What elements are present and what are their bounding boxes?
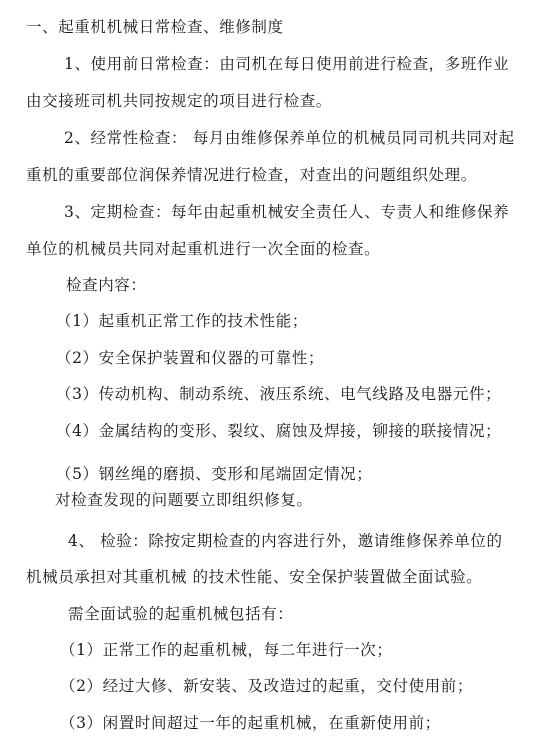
inspection-note: 对检查发现的问题要立即组织修复。: [55, 490, 313, 510]
full-test-item: （2）经过大修、新安装、及改造过的起重，交付使用前；: [60, 676, 473, 696]
section-1-line-2: 由交接班司机共同按规定的项目进行检查。: [26, 91, 332, 111]
inspection-item: （1）起重机正常工作的技术性能；: [56, 311, 308, 331]
inspection-item: （2）安全保护装置和仪器的可靠性；: [56, 348, 324, 368]
section-1-line-1: 1、使用前日常检查：由司机在每日使用前进行检查，多班作业: [64, 54, 509, 74]
full-test-item: （1）正常工作的起重机械，每二年进行一次；: [60, 640, 392, 660]
full-test-item: （3）闲置时间超过一年的起重机械，在重新使用前；: [60, 713, 441, 733]
inspection-item: （3）传动机构、制动系统、液压系统、电气线路及电器元件；: [56, 384, 501, 404]
inspection-title: 检查内容：: [66, 275, 147, 295]
inspection-item: （5）钢丝绳的磨损、变形和尾端固定情况；: [56, 464, 372, 484]
section-4-line-1: 4、 检验：除按定期检查的内容进行外，邀请维修保养单位的: [68, 531, 503, 551]
document-heading: 一、起重机机械日常检查、维修制度: [26, 17, 284, 37]
full-test-title: 需全面试验的起重机械包括有：: [68, 604, 293, 624]
inspection-item: （4）金属结构的变形、裂纹、腐蚀及焊接，铆接的联接情况；: [56, 421, 501, 441]
section-3-line-1: 3、定期检查：每年由起重机械安全责任人、专责人和维修保养: [64, 202, 509, 222]
section-3-line-2: 单位的机械员共同对起重机进行一次全面的检查。: [26, 239, 380, 259]
section-2-line-2: 重机的重要部位润保养情况进行检查，对查出的问题组织处理。: [26, 165, 477, 185]
section-2-line-1: 2、经常性检查： 每月由维修保养单位的机械员同司机共同对起: [64, 128, 515, 148]
section-4-line-2: 机械员承担对其重机械 的技术性能、安全保护装置做全面试验。: [26, 567, 482, 587]
